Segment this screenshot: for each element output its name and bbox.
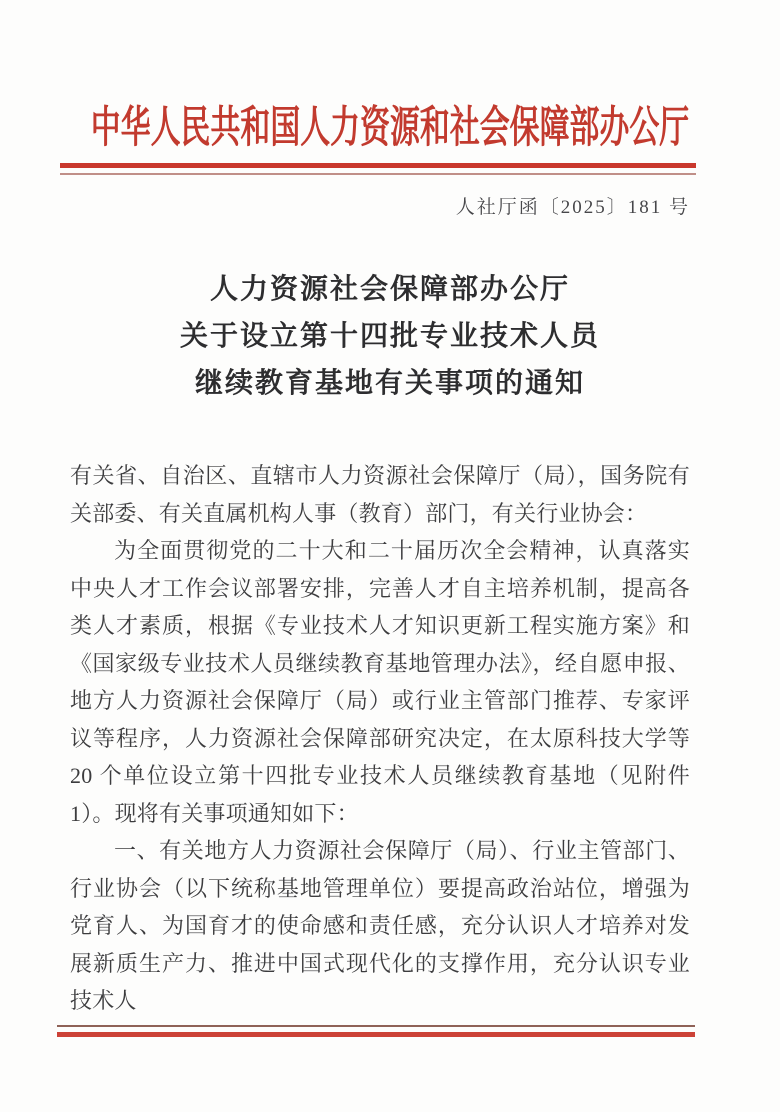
body-paragraph-2: 一、有关地方人力资源社会保障厅（局）、行业主管部门、行业协会（以下统称基地管理单… bbox=[70, 832, 690, 1020]
letterhead-title: 中华人民共和国人力资源和社会保障部办公厅 bbox=[91, 92, 689, 155]
header-divider-thick-rule bbox=[60, 163, 696, 168]
footer-divider bbox=[57, 1025, 695, 1037]
header-divider bbox=[60, 163, 696, 175]
document-number: 人社厅函〔2025〕181 号 bbox=[0, 192, 690, 219]
footer-divider-thin-rule bbox=[57, 1025, 695, 1027]
document-body: 有关省、自治区、直辖市人力资源社会保障厅（局），国务院有关部委、有关直属机构人事… bbox=[70, 457, 690, 1020]
document-page: 中华人民共和国人力资源和社会保障部办公厅 人社厅函〔2025〕181 号 人力资… bbox=[0, 0, 780, 1112]
document-title-line-2: 关于设立第十四批专业技术人员 bbox=[0, 312, 780, 359]
footer-divider-thick-rule bbox=[57, 1032, 695, 1037]
header-divider-thin-rule bbox=[60, 173, 696, 175]
document-title: 人力资源社会保障部办公厅 关于设立第十四批专业技术人员 继续教育基地有关事项的通… bbox=[0, 265, 780, 406]
document-title-line-1: 人力资源社会保障部办公厅 bbox=[0, 265, 780, 312]
body-paragraph-1: 为全面贯彻党的二十大和二十届历次全会精神，认真落实中央人才工作会议部署安排，完善… bbox=[70, 532, 690, 832]
document-title-line-3: 继续教育基地有关事项的通知 bbox=[0, 359, 780, 406]
letterhead: 中华人民共和国人力资源和社会保障部办公厅 bbox=[0, 88, 780, 158]
salutation: 有关省、自治区、直辖市人力资源社会保障厅（局），国务院有关部委、有关直属机构人事… bbox=[70, 457, 690, 532]
